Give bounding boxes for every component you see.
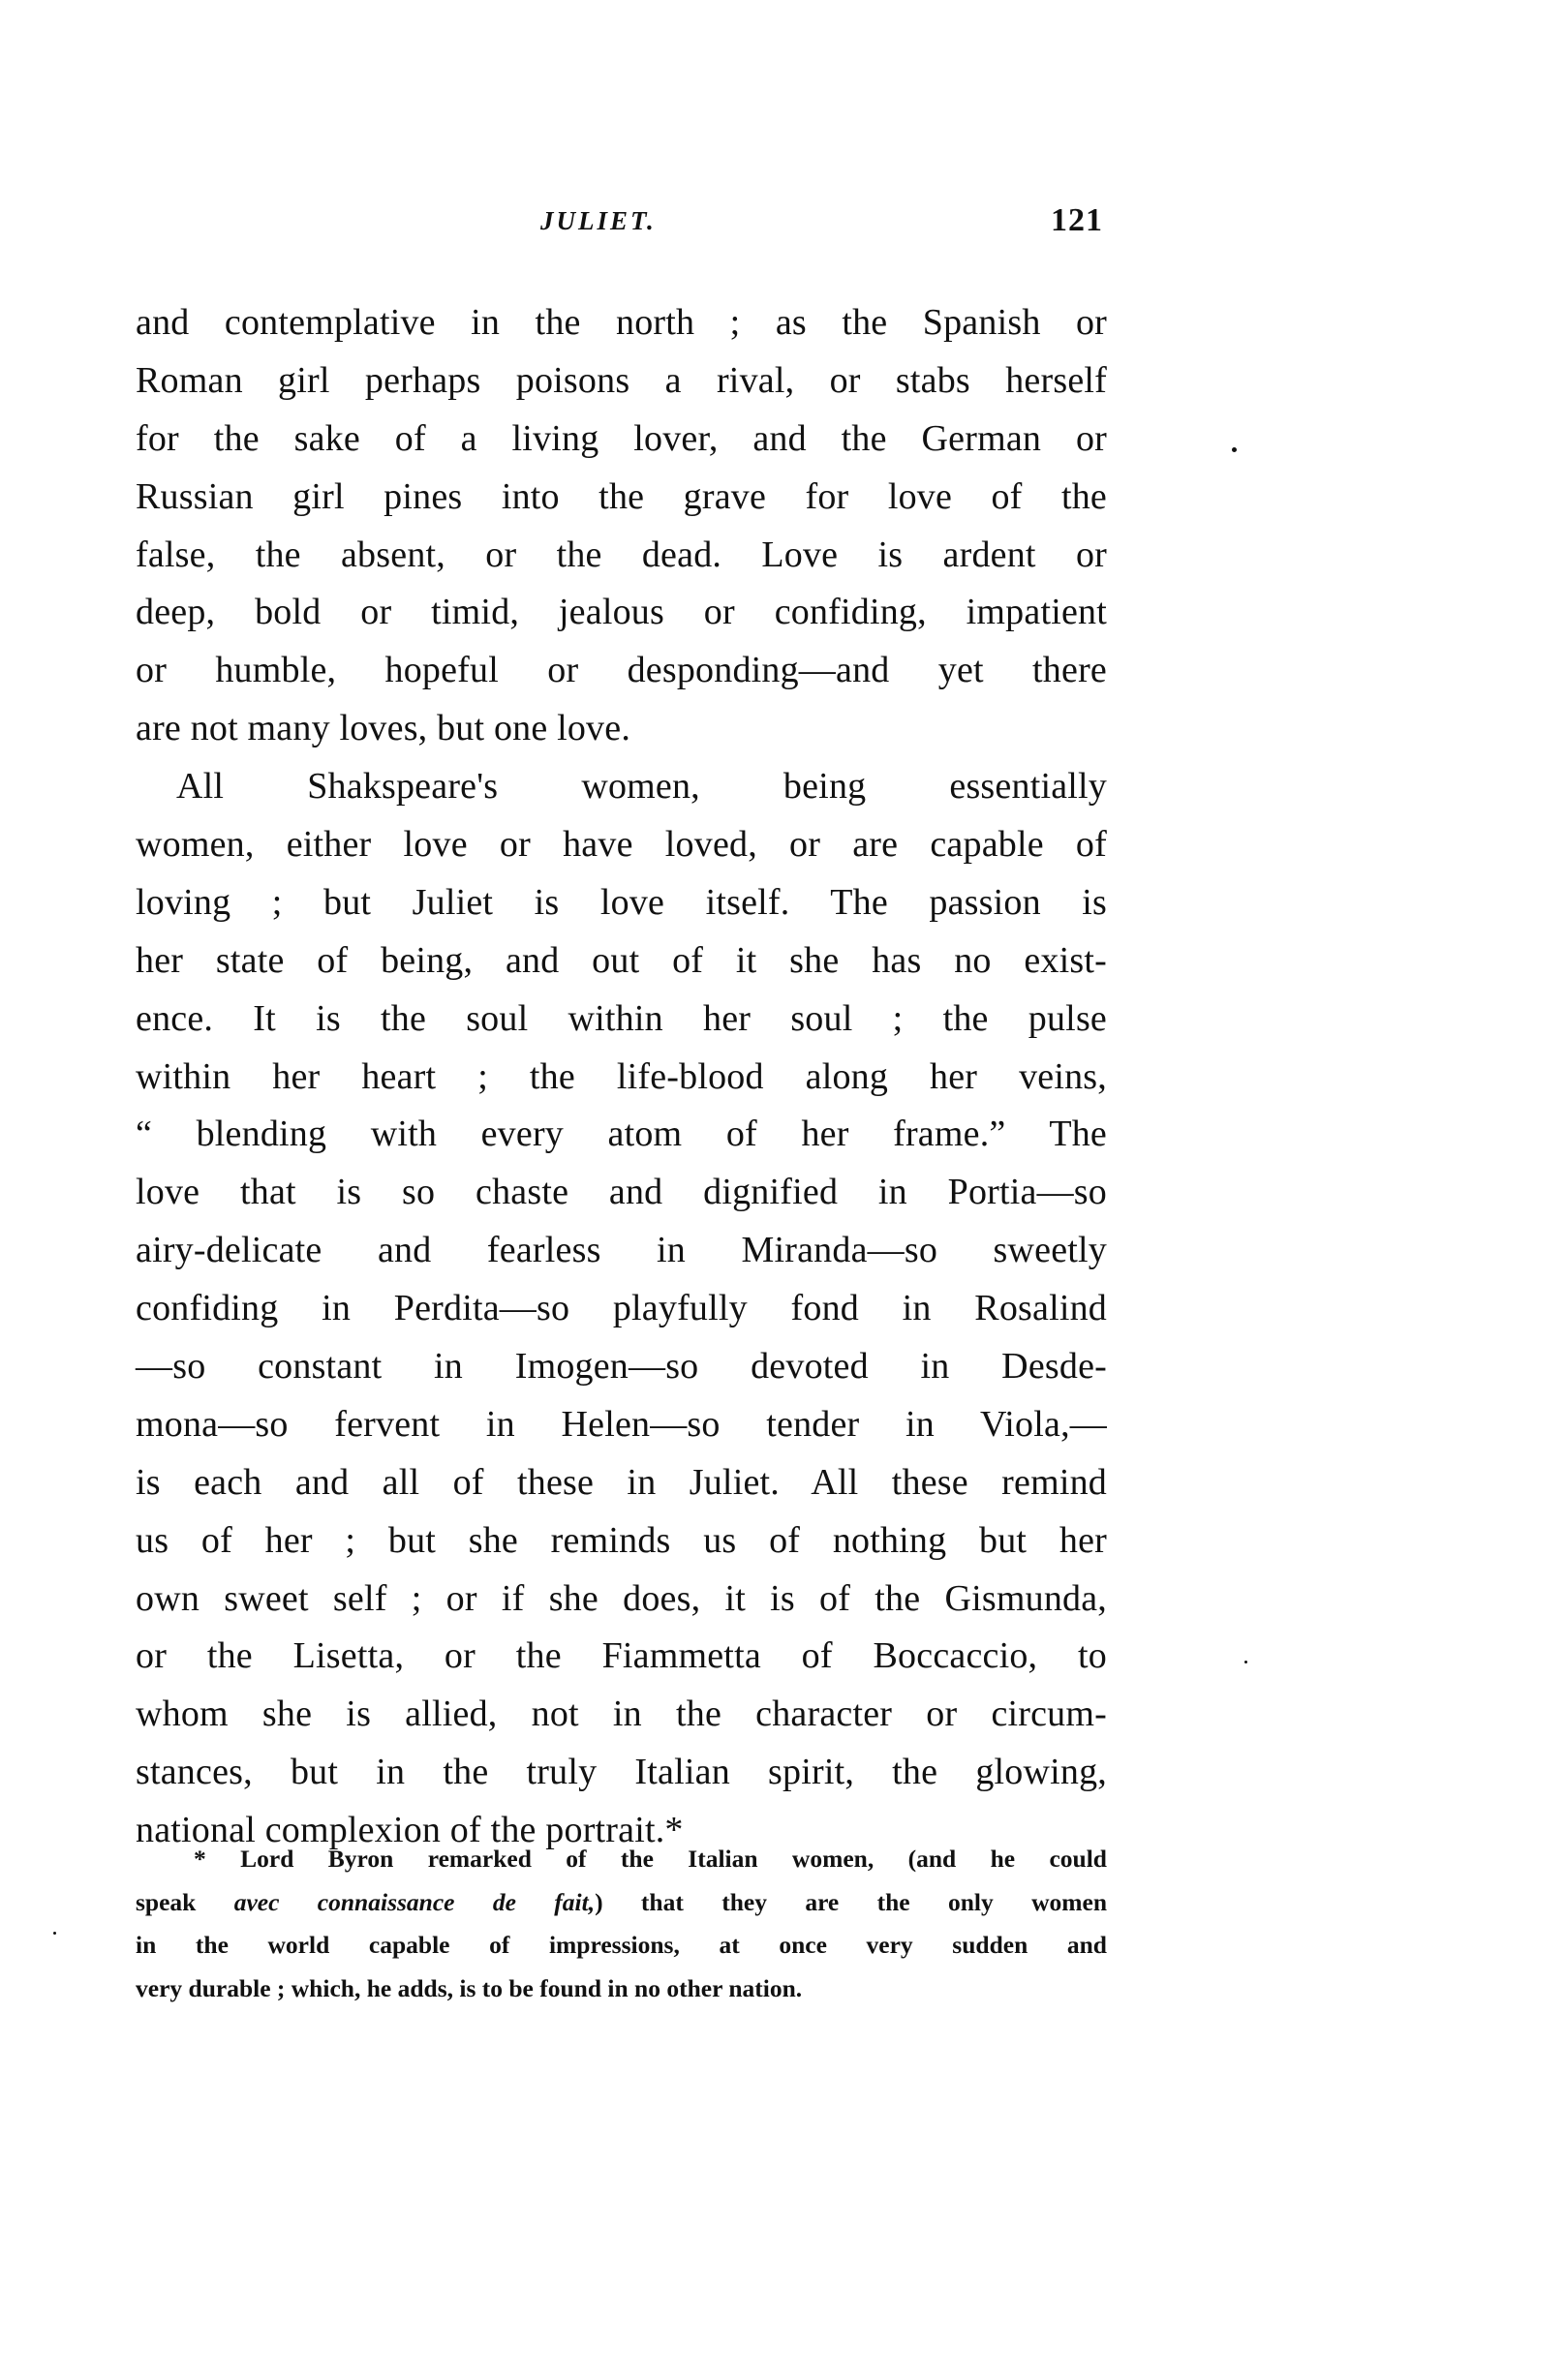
footnote-line: in the world capable of impressions, at … [136, 1924, 1107, 1968]
body-line: mona—so fervent in Helen—so tender in Vi… [136, 1396, 1107, 1454]
scan-speck [1232, 447, 1237, 452]
scan-speck [53, 1932, 56, 1935]
body-line: loving ; but Juliet is love itself. The … [136, 874, 1107, 932]
footnote-line: speak avec connaissance de fait,) that t… [136, 1881, 1107, 1925]
body-line: stances, but in the truly Italian spirit… [136, 1744, 1107, 1802]
body-text: and contemplative in the north ; as the … [136, 294, 1107, 1860]
body-line: are not many loves, but one love. [136, 700, 1107, 758]
body-line: false, the absent, or the dead. Love is … [136, 527, 1107, 585]
body-line: and contemplative in the north ; as the … [136, 294, 1107, 352]
footnote-text: Lord Byron remarked of the Italian women… [240, 1845, 1107, 1873]
body-line: for the sake of a living lover, and the … [136, 411, 1107, 469]
footnote: * Lord Byron remarked of the Italian wom… [136, 1838, 1107, 2010]
body-line: her state of being, and out of it she ha… [136, 932, 1107, 991]
body-line: women, either love or have loved, or are… [136, 816, 1107, 874]
body-line: airy-delicate and fearless in Miranda—so… [136, 1222, 1107, 1280]
running-title: JULIET. [540, 199, 657, 242]
body-line: is each and all of these in Juliet. All … [136, 1454, 1107, 1512]
footnote-marker: * [194, 1845, 206, 1873]
body-line: whom she is allied, not in the character… [136, 1686, 1107, 1744]
body-line: All Shakspeare's women, being essentiall… [136, 758, 1107, 816]
body-line: Russian girl pines into the grave for lo… [136, 469, 1107, 527]
footnote-text: speak [136, 1888, 234, 1916]
body-line: us of her ; but she reminds us of nothin… [136, 1512, 1107, 1571]
running-head: JULIET. 121 [136, 199, 1107, 242]
body-line: love that is so chaste and dignified in … [136, 1164, 1107, 1222]
footnote-italic-phrase: avec connaissance de fait, [234, 1888, 595, 1916]
body-line: —so constant in Imogen—so devoted in Des… [136, 1338, 1107, 1396]
footnote-line: very durable ; which, he adds, is to be … [136, 1968, 1107, 2011]
body-line: within her heart ; the life-blood along … [136, 1049, 1107, 1107]
page-number: 121 [1051, 199, 1103, 242]
footnote-line: * Lord Byron remarked of the Italian wom… [136, 1838, 1107, 1881]
book-page: JULIET. 121 and contemplative in the nor… [0, 0, 1565, 2380]
body-line: “ blending with every atom of her frame.… [136, 1106, 1107, 1164]
body-line: ence. It is the soul within her soul ; t… [136, 991, 1107, 1049]
footnote-text: ) that they are the only women [595, 1888, 1107, 1916]
body-line: or humble, hopeful or desponding—and yet… [136, 642, 1107, 700]
body-line: or the Lisetta, or the Fiammetta of Bocc… [136, 1628, 1107, 1686]
body-line: Roman girl perhaps poisons a rival, or s… [136, 352, 1107, 411]
scan-speck [1244, 1661, 1247, 1663]
body-line: deep, bold or timid, jealous or confidin… [136, 584, 1107, 642]
body-line: confiding in Perdita—so playfully fond i… [136, 1280, 1107, 1338]
body-line: own sweet self ; or if she does, it is o… [136, 1571, 1107, 1629]
